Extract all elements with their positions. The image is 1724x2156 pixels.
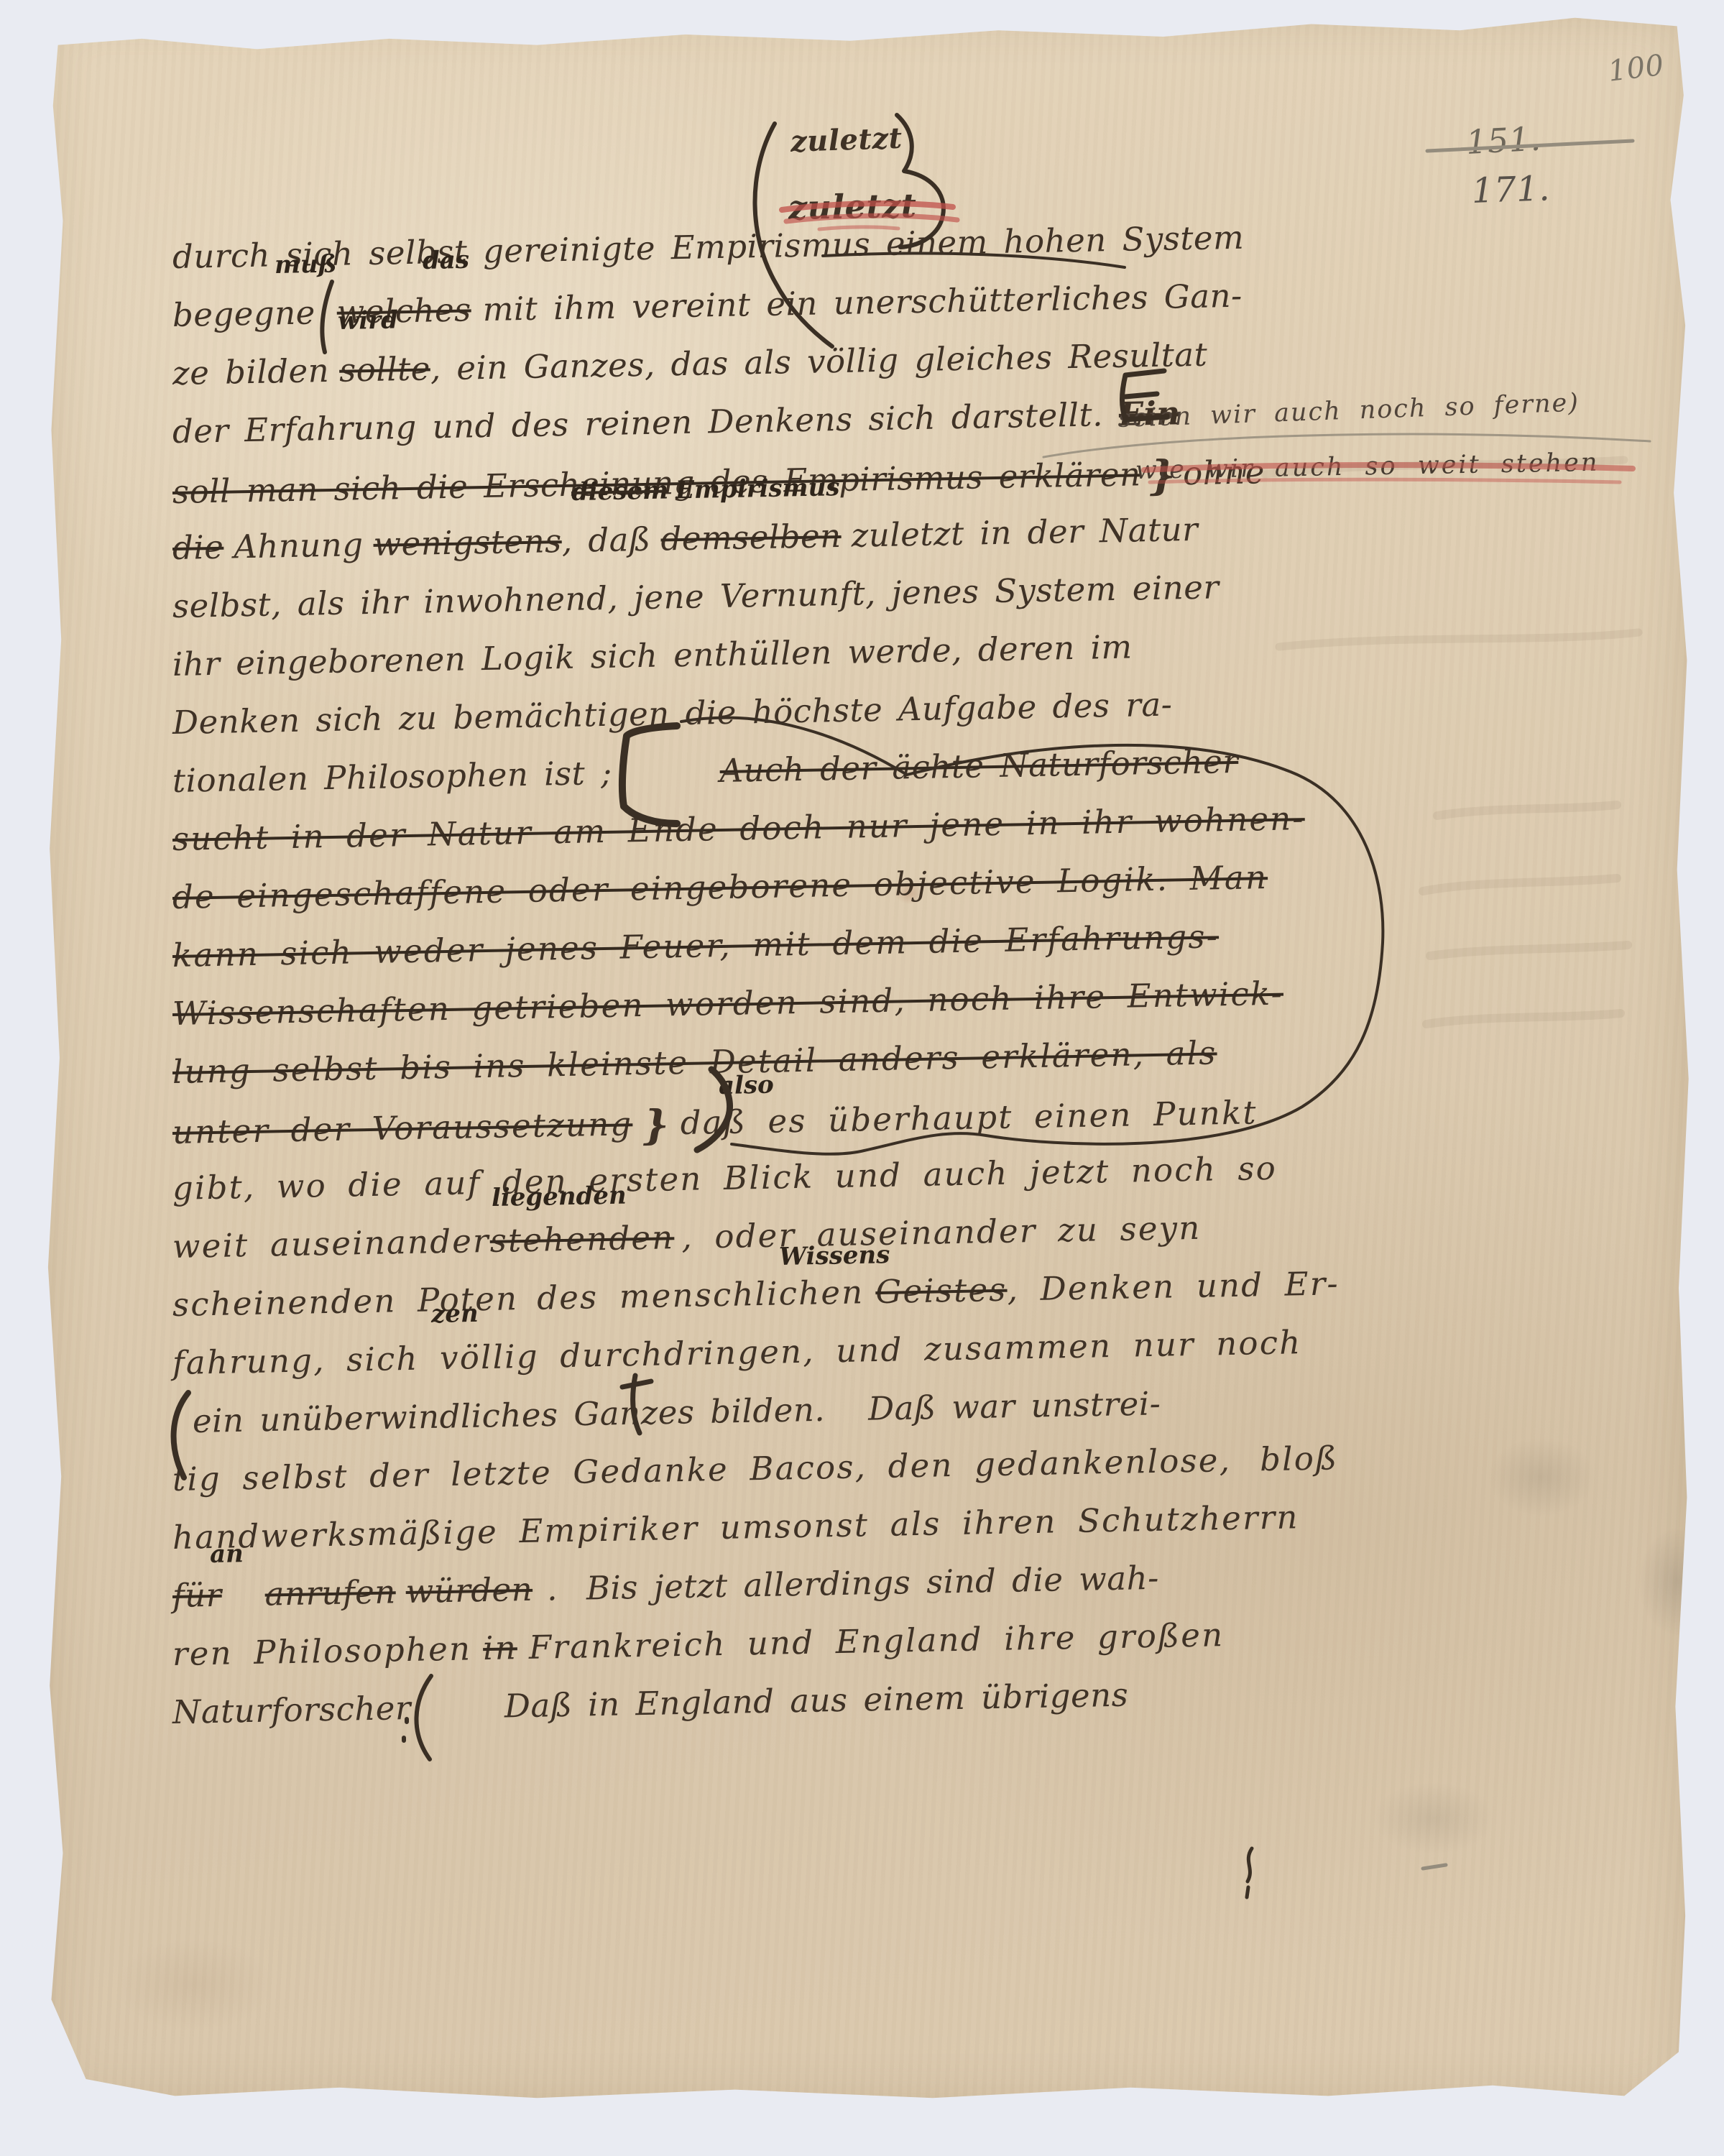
manuscript-line-24: füranrufenwürden.Bis jetzt allerdings si… bbox=[172, 1562, 1160, 1612]
text-segment: , ein Ganzes, das als völlig gleiches Re… bbox=[430, 338, 1207, 385]
insertion-wird: wird bbox=[338, 308, 398, 333]
text-segment: lung selbst bis ins kleinste Detail ande… bbox=[172, 1036, 1217, 1088]
manuscript-line-3: ze bildensollte, ein Ganzes, das als völ… bbox=[172, 338, 1208, 390]
margin-note-red-struck: wie wir auch so weit stehen bbox=[1135, 451, 1600, 484]
heading-crossed-word: zuletzt bbox=[788, 189, 917, 224]
insertion-wissens: Wissens bbox=[779, 1243, 890, 1269]
text-segment: selbst, als ihr inwohnend, jene Vernunft… bbox=[172, 571, 1220, 622]
text-segment: tig selbst der letzte Gedanke Bacos, den… bbox=[172, 1444, 1232, 1496]
text-segment: der Erfahrung und des reinen Denkens sic… bbox=[172, 398, 1104, 448]
manuscript-line-18: weit auseinanderstehenden, oder auseinan… bbox=[172, 1212, 1202, 1263]
text-segment: sollte bbox=[339, 352, 430, 386]
text-segment: unter der Voraussetzung bbox=[172, 1107, 633, 1148]
text-segment: de eingeschaffene oder eingeborene objec… bbox=[172, 861, 1268, 913]
text-segment: . bbox=[547, 1572, 558, 1605]
text-segment: zuletzt in der Natur bbox=[851, 513, 1198, 552]
text-segment: 151. bbox=[1465, 122, 1542, 159]
text-segment: } bbox=[642, 1105, 670, 1146]
text-segment: Daß war unstrei- bbox=[868, 1387, 1161, 1424]
text-segment: daß es überhaupt einen Punkt bbox=[680, 1096, 1258, 1139]
text-segment: tionalen Philosophen ist ; bbox=[172, 757, 612, 797]
manuscript-line-11: sucht in der Natur am Ende doch nur jene… bbox=[172, 802, 1306, 855]
text-segment: an bbox=[210, 1542, 244, 1567]
text-segment: mit ihm vereint ein unerschütterliches G… bbox=[482, 280, 1243, 326]
text-segment: Ahnung bbox=[234, 528, 364, 563]
text-segment: Frankreich und England ihre großen bbox=[528, 1618, 1224, 1664]
text-segment: stehenden bbox=[489, 1221, 674, 1257]
text-segment: wenigstens bbox=[373, 525, 562, 561]
text-segment: weit auseinander bbox=[172, 1225, 491, 1263]
text-segment: diesem bbox=[571, 479, 669, 505]
text-segment: kann sich weder jenes Feuer, mit dem die… bbox=[172, 920, 1220, 972]
manuscript-line-23: handwerksmäßige Empiriker umsonst als ih… bbox=[172, 1501, 1299, 1554]
insertion-zen: zen bbox=[431, 1302, 479, 1327]
insertion-an: an bbox=[210, 1542, 244, 1567]
text-segment: Daß in England aus einem übrigens bbox=[504, 1679, 1128, 1723]
text-segment: würden bbox=[405, 1573, 533, 1608]
insertion-liegenden: liegenden bbox=[492, 1184, 627, 1210]
text-segment: ihr eingeborenen Logik sich enthüllen we… bbox=[172, 631, 1133, 681]
text-segment: handwerksmäßige Empiriker umsonst als ih… bbox=[172, 1501, 1299, 1554]
text-segment: in bbox=[483, 1631, 518, 1664]
manuscript-line-26: NaturforscherDaß in England aus einem üb… bbox=[172, 1679, 1129, 1728]
text-segment: seien wir auch noch so ferne) bbox=[1117, 391, 1580, 432]
text-segment: begegne bbox=[172, 296, 316, 331]
manuscript-line-22: tig selbst der letzte Gedanke Bacos, den… bbox=[172, 1442, 1339, 1496]
insertion-muss: muß bbox=[275, 252, 337, 277]
margin-note-pencil: seien wir auch noch so ferne) bbox=[1117, 391, 1580, 432]
manuscript-line-12: de eingeschaffene oder eingeborene objec… bbox=[172, 861, 1268, 913]
text-segment: Denken sich zu bemächtigen die höchste A… bbox=[172, 688, 1173, 739]
text-segment: gibt, wo die auf den ersten Blick und au… bbox=[172, 1152, 1278, 1204]
text-segment: ren Philosophen bbox=[172, 1632, 472, 1670]
text-segment: zuletzt bbox=[790, 124, 903, 157]
text-segment: , daß bbox=[561, 523, 651, 557]
text-segment: bloß bbox=[1260, 1442, 1339, 1475]
manuscript-line-21: ein unüberwindliches Ganzes bilden.Daß w… bbox=[193, 1387, 1161, 1437]
manuscript-line-9: Denken sich zu bemächtigen die höchste A… bbox=[172, 688, 1173, 739]
text-segment: 100 bbox=[1607, 51, 1666, 86]
text-segment: wie wir auch so weit stehen bbox=[1135, 451, 1600, 484]
manuscript-line-15: lung selbst bis ins kleinste Detail ande… bbox=[172, 1036, 1217, 1088]
text-segment: ze bilden bbox=[172, 354, 330, 390]
manuscript-line-10: tionalen Philosophen ist ;Auch der ächte… bbox=[172, 745, 1239, 797]
manuscript-line-17: gibt, wo die auf den ersten Blick und au… bbox=[172, 1152, 1278, 1204]
manuscript-line-8: ihr eingeborenen Logik sich enthüllen we… bbox=[172, 631, 1133, 681]
text-segment: also bbox=[719, 1073, 774, 1098]
manuscript-line-7: selbst, als ihr inwohnend, jene Vernunft… bbox=[172, 571, 1220, 622]
text-segment: Geistes bbox=[875, 1273, 1008, 1308]
text-segment: 171. bbox=[1471, 171, 1550, 208]
text-segment: ein unüberwindliches Ganzes bilden. bbox=[193, 1393, 826, 1437]
page-number-crossed: 151. bbox=[1465, 122, 1542, 159]
folio-pencil-number: 100 bbox=[1607, 51, 1666, 86]
text-segment: liegenden bbox=[492, 1184, 627, 1210]
insertion-empirismus: diesemEmpirismus bbox=[571, 475, 840, 505]
manuscript-line-25: ren PhilosopheninFrankreich und England … bbox=[172, 1618, 1225, 1670]
manuscript-line-19: scheinenden Potendes menschlichenGeistes… bbox=[172, 1267, 1340, 1321]
text-segment: Auch der ächte Naturforscher bbox=[719, 745, 1238, 787]
text-segment: anrufen bbox=[264, 1575, 396, 1610]
text-segment: Wissenschaften getrieben worden sind, no… bbox=[172, 977, 1284, 1030]
manuscript-line-14: Wissenschaften getrieben worden sind, no… bbox=[172, 977, 1284, 1030]
text-segment: zen bbox=[431, 1302, 479, 1327]
manuscript-line-13: kann sich weder jenes Feuer, mit dem die… bbox=[172, 920, 1220, 972]
text-segment: wird bbox=[338, 308, 398, 333]
text-segment: sucht in der Natur am Ende doch nur jene… bbox=[172, 802, 1306, 855]
text-segment: für bbox=[172, 1579, 222, 1612]
insertion-das: das bbox=[423, 248, 470, 273]
text-segment: Naturforscher bbox=[172, 1692, 412, 1728]
manuscript-line-16: unter der Voraussetzung}daß es überhaupt… bbox=[172, 1094, 1258, 1154]
text-segment: Empirismus bbox=[676, 475, 840, 502]
page-number: 171. bbox=[1471, 171, 1550, 208]
heading-inserted-word: zuletzt bbox=[790, 124, 903, 157]
text-segment: die bbox=[172, 531, 224, 564]
manuscript-line-4: der Erfahrung und des reinen Denkens sic… bbox=[172, 397, 1181, 448]
scanned-manuscript-page: zuletztzuletzt151.171.100durch sich selb… bbox=[0, 0, 1724, 2156]
text-segment: Wissens bbox=[779, 1243, 890, 1269]
manuscript-line-6: dieAhnungwenigstens, daßdemselbenzuletzt… bbox=[172, 513, 1199, 564]
text-segment: fahrung, sich völlig durchdringen, und z… bbox=[172, 1326, 1302, 1379]
text-segment: das bbox=[423, 248, 470, 273]
text-segment: demselben bbox=[660, 520, 842, 556]
insertion-also: also bbox=[719, 1073, 774, 1098]
text-segment: Bis jetzt allerdings sind die wah- bbox=[586, 1562, 1159, 1605]
text-segment: zuletzt bbox=[788, 189, 917, 224]
manuscript-line-20: fahrung, sich völlig durchdringen, und z… bbox=[172, 1326, 1302, 1379]
handwriting-layer: zuletztzuletzt151.171.100durch sich selb… bbox=[0, 0, 1724, 2156]
text-segment: muß bbox=[275, 252, 337, 277]
text-segment: , oder auseinander zu seyn bbox=[681, 1212, 1202, 1253]
text-segment: des menschlichen bbox=[537, 1276, 865, 1314]
text-segment: , Denken und Er- bbox=[1007, 1267, 1340, 1305]
manuscript-line-2: begegnewelchesmit ihm vereint ein unersc… bbox=[172, 280, 1243, 331]
